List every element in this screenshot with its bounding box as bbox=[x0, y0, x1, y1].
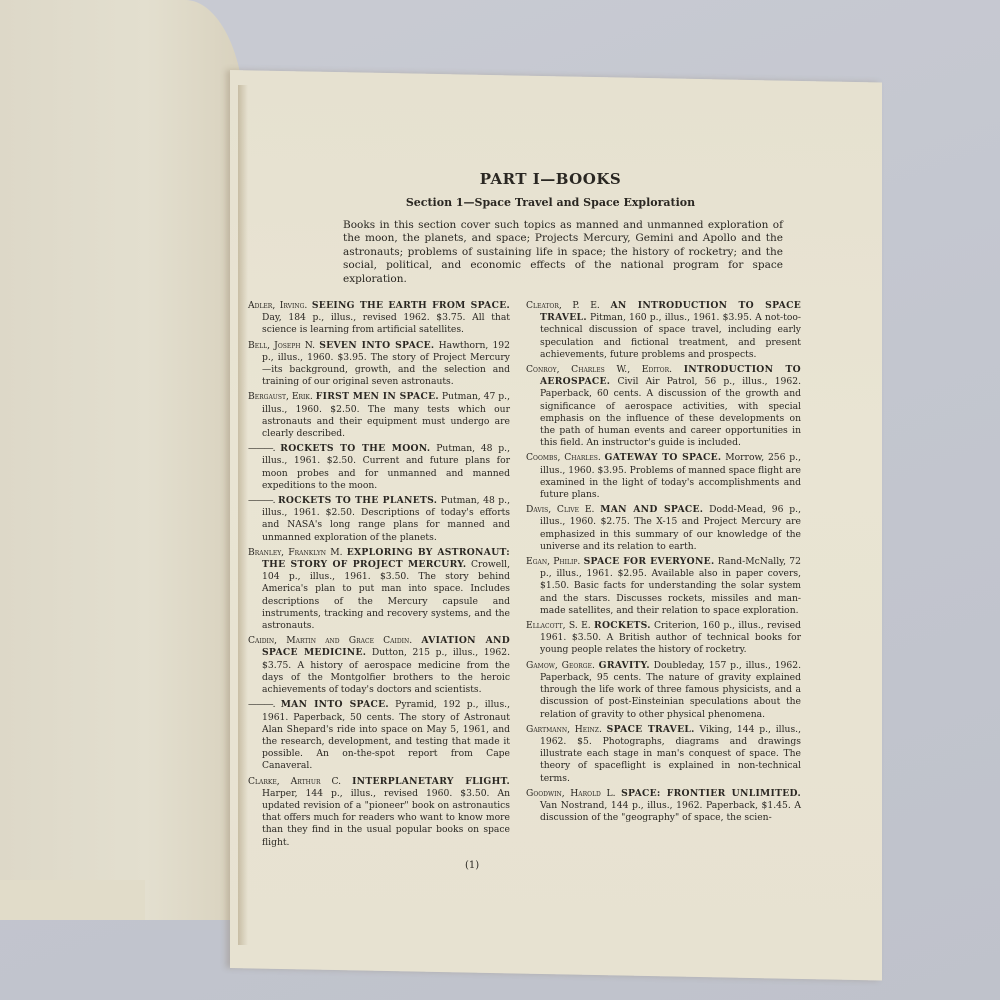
entry-title: ROCKETS. bbox=[594, 620, 651, 631]
bib-entry: Branley, Franklyn M. EXPLORING BY ASTRON… bbox=[248, 547, 510, 632]
bib-entry: Ellacott, S. E. ROCKETS. Criterion, 160 … bbox=[526, 620, 801, 657]
entry-author: Davis, Clive E. bbox=[526, 504, 594, 515]
bib-entry: Caidin, Martin and Grace Caidin. AVIATIO… bbox=[248, 635, 510, 696]
entry-author: Caidin, Martin and Grace Caidin. bbox=[248, 635, 412, 646]
entry-title: GATEWAY TO SPACE. bbox=[605, 452, 722, 463]
facing-left-page bbox=[0, 0, 245, 920]
entry-details: Harper, 144 p., illus., revised 1960. $3… bbox=[262, 788, 510, 848]
bib-entry: ———. ROCKETS TO THE PLANETS. Putman, 48 … bbox=[248, 495, 510, 544]
entry-title: INTERPLANETARY FLIGHT. bbox=[352, 776, 510, 787]
page-gutter-shadow bbox=[238, 85, 248, 945]
entry-author: Clarke, Arthur C. bbox=[248, 776, 341, 787]
entry-author-ditto: ———. bbox=[248, 495, 274, 506]
left-page-lower-edge bbox=[0, 880, 145, 920]
left-column: Adler, Irving. SEEING THE EARTH FROM SPA… bbox=[248, 300, 510, 852]
bib-entry: Adler, Irving. SEEING THE EARTH FROM SPA… bbox=[248, 300, 510, 337]
entry-title: SPACE FOR EVERYONE. bbox=[584, 556, 715, 567]
entry-title: SPACE TRAVEL. bbox=[607, 724, 695, 735]
bib-entry: Coombs, Charles. GATEWAY TO SPACE. Morro… bbox=[526, 452, 801, 501]
entry-title: ROCKETS TO THE MOON. bbox=[280, 443, 430, 454]
entry-author: Gartmann, Heinz. bbox=[526, 724, 602, 735]
bib-entry: Gartmann, Heinz. SPACE TRAVEL. Viking, 1… bbox=[526, 724, 801, 785]
entry-author-ditto: ———. bbox=[248, 443, 274, 454]
section-intro: Books in this section cover such topics … bbox=[343, 219, 783, 286]
entry-author: Egan, Philip. bbox=[526, 556, 580, 567]
bib-entry: Egan, Philip. SPACE FOR EVERYONE. Rand-M… bbox=[526, 556, 801, 617]
part-title: PART I—BOOKS bbox=[293, 170, 808, 188]
entry-details: Van Nostrand, 144 p., illus., 1962. Pape… bbox=[540, 800, 801, 823]
right-column: Cleator, P. E. AN INTRODUCTION TO SPACE … bbox=[526, 300, 801, 827]
bib-entry: Bell, Joseph N. SEVEN INTO SPACE. Hawtho… bbox=[248, 340, 510, 389]
entry-author: Goodwin, Harold L. bbox=[526, 788, 615, 799]
bib-entry: Bergaust, Erik. FIRST MEN IN SPACE. Putm… bbox=[248, 391, 510, 440]
entry-author: Branley, Franklyn M. bbox=[248, 547, 343, 558]
entry-author: Gamow, George. bbox=[526, 660, 595, 671]
bib-entry: Davis, Clive E. MAN AND SPACE. Dodd-Mead… bbox=[526, 504, 801, 553]
entry-title: FIRST MEN IN SPACE. bbox=[316, 391, 439, 402]
bib-entry: Gamow, George. GRAVITY. Doubleday, 157 p… bbox=[526, 660, 801, 721]
bib-entry: ———. MAN INTO SPACE. Pyramid, 192 p., il… bbox=[248, 699, 510, 772]
entry-title: SEEING THE EARTH FROM SPACE. bbox=[312, 300, 510, 311]
section-title: Section 1—Space Travel and Space Explora… bbox=[293, 196, 808, 209]
page-content: PART I—BOOKS Section 1—Space Travel and … bbox=[248, 170, 808, 286]
bib-entry: Clarke, Arthur C. INTERPLANETARY FLIGHT.… bbox=[248, 776, 510, 849]
bib-entry: Cleator, P. E. AN INTRODUCTION TO SPACE … bbox=[526, 300, 801, 361]
bib-entry: Goodwin, Harold L. SPACE: FRONTIER UNLIM… bbox=[526, 788, 801, 825]
entry-author: Bell, Joseph N. bbox=[248, 340, 315, 351]
entry-title: MAN INTO SPACE. bbox=[281, 699, 389, 710]
entry-author: Conroy, Charles W., Editor. bbox=[526, 364, 672, 375]
page-number: (1) bbox=[465, 860, 479, 871]
entry-author: Bergaust, Erik. bbox=[248, 391, 313, 402]
entry-title: MAN AND SPACE. bbox=[600, 504, 703, 515]
entry-title: GRAVITY. bbox=[599, 660, 650, 671]
entry-author: Cleator, P. E. bbox=[526, 300, 600, 311]
entry-author-ditto: ———. bbox=[248, 699, 274, 710]
bib-entry: Conroy, Charles W., Editor. INTRODUCTION… bbox=[526, 364, 801, 449]
entry-details: Day, 184 p., illus., revised 1962. $3.75… bbox=[262, 312, 510, 335]
entry-title: SEVEN INTO SPACE. bbox=[319, 340, 434, 351]
entry-title: SPACE: FRONTIER UNLIMITED. bbox=[621, 788, 801, 799]
entry-author: Adler, Irving. bbox=[248, 300, 307, 311]
entry-author: Ellacott, S. E. bbox=[526, 620, 591, 631]
bib-entry: ———. ROCKETS TO THE MOON. Putman, 48 p.,… bbox=[248, 443, 510, 492]
entry-author: Coombs, Charles. bbox=[526, 452, 601, 463]
entry-title: ROCKETS TO THE PLANETS. bbox=[278, 495, 437, 506]
